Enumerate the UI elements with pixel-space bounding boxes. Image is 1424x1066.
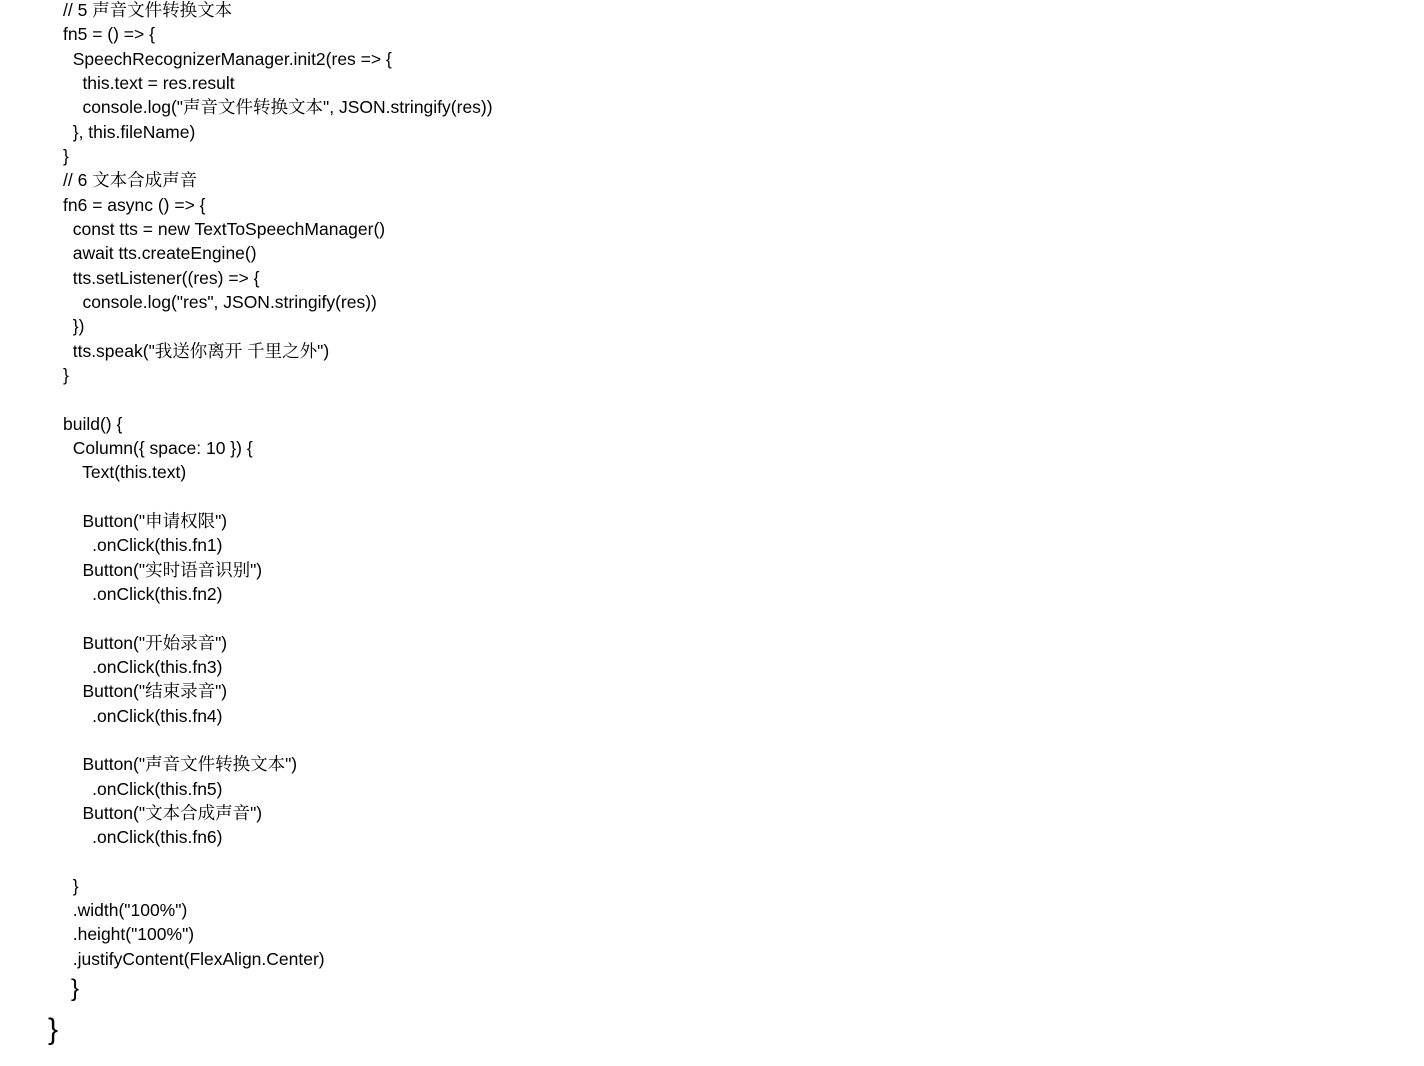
code-line	[63, 849, 493, 873]
code-line: Text(this.text)	[63, 460, 493, 484]
code-line: const tts = new TextToSpeechManager()	[63, 217, 493, 241]
code-line: Column({ space: 10 }) {	[63, 436, 493, 460]
code-line: SpeechRecognizerManager.init2(res => {	[63, 47, 493, 71]
code-line: // 5 声音文件转换文本	[63, 0, 493, 22]
code-line: .onClick(this.fn6)	[63, 825, 493, 849]
code-line: .onClick(this.fn5)	[63, 777, 493, 801]
code-line: .justifyContent(FlexAlign.Center)	[63, 947, 493, 971]
page: // 5 声音文件转换文本fn5 = () => { SpeechRecogni…	[0, 0, 1424, 1066]
code-line: .onClick(this.fn3)	[63, 655, 493, 679]
code-line: }	[71, 971, 493, 1007]
code-line: fn5 = () => {	[63, 22, 493, 46]
code-line: }, this.fileName)	[63, 120, 493, 144]
code-line: .onClick(this.fn1)	[63, 533, 493, 557]
code-line: tts.setListener((res) => {	[63, 266, 493, 290]
code-line: }	[63, 874, 493, 898]
code-listing: // 5 声音文件转换文本fn5 = () => { SpeechRecogni…	[63, 0, 493, 1053]
code-line: fn6 = async () => {	[63, 193, 493, 217]
code-line: }	[63, 363, 493, 387]
code-line: console.log("声音文件转换文本", JSON.stringify(r…	[63, 95, 493, 119]
code-line: .height("100%")	[63, 922, 493, 946]
code-line: await tts.createEngine()	[63, 241, 493, 265]
code-line	[63, 387, 493, 411]
code-line: this.text = res.result	[63, 71, 493, 95]
code-line: // 6 文本合成声音	[63, 168, 493, 192]
code-line	[63, 728, 493, 752]
code-line: .width("100%")	[63, 898, 493, 922]
code-line: Button("结束录音")	[63, 679, 493, 703]
code-line: console.log("res", JSON.stringify(res))	[63, 290, 493, 314]
code-line: .onClick(this.fn2)	[63, 582, 493, 606]
code-line: Button("申请权限")	[63, 509, 493, 533]
code-line: Button("文本合成声音")	[63, 801, 493, 825]
code-line	[63, 606, 493, 630]
code-line: Button("实时语音识别")	[63, 558, 493, 582]
code-line: }	[63, 144, 493, 168]
code-line: })	[63, 314, 493, 338]
code-line: tts.speak("我送你离开 千里之外")	[63, 339, 493, 363]
code-line: .onClick(this.fn4)	[63, 704, 493, 728]
code-line: Button("声音文件转换文本")	[63, 752, 493, 776]
code-line	[63, 485, 493, 509]
code-line: }	[48, 1007, 493, 1053]
code-line: Button("开始录音")	[63, 631, 493, 655]
code-line: build() {	[63, 412, 493, 436]
